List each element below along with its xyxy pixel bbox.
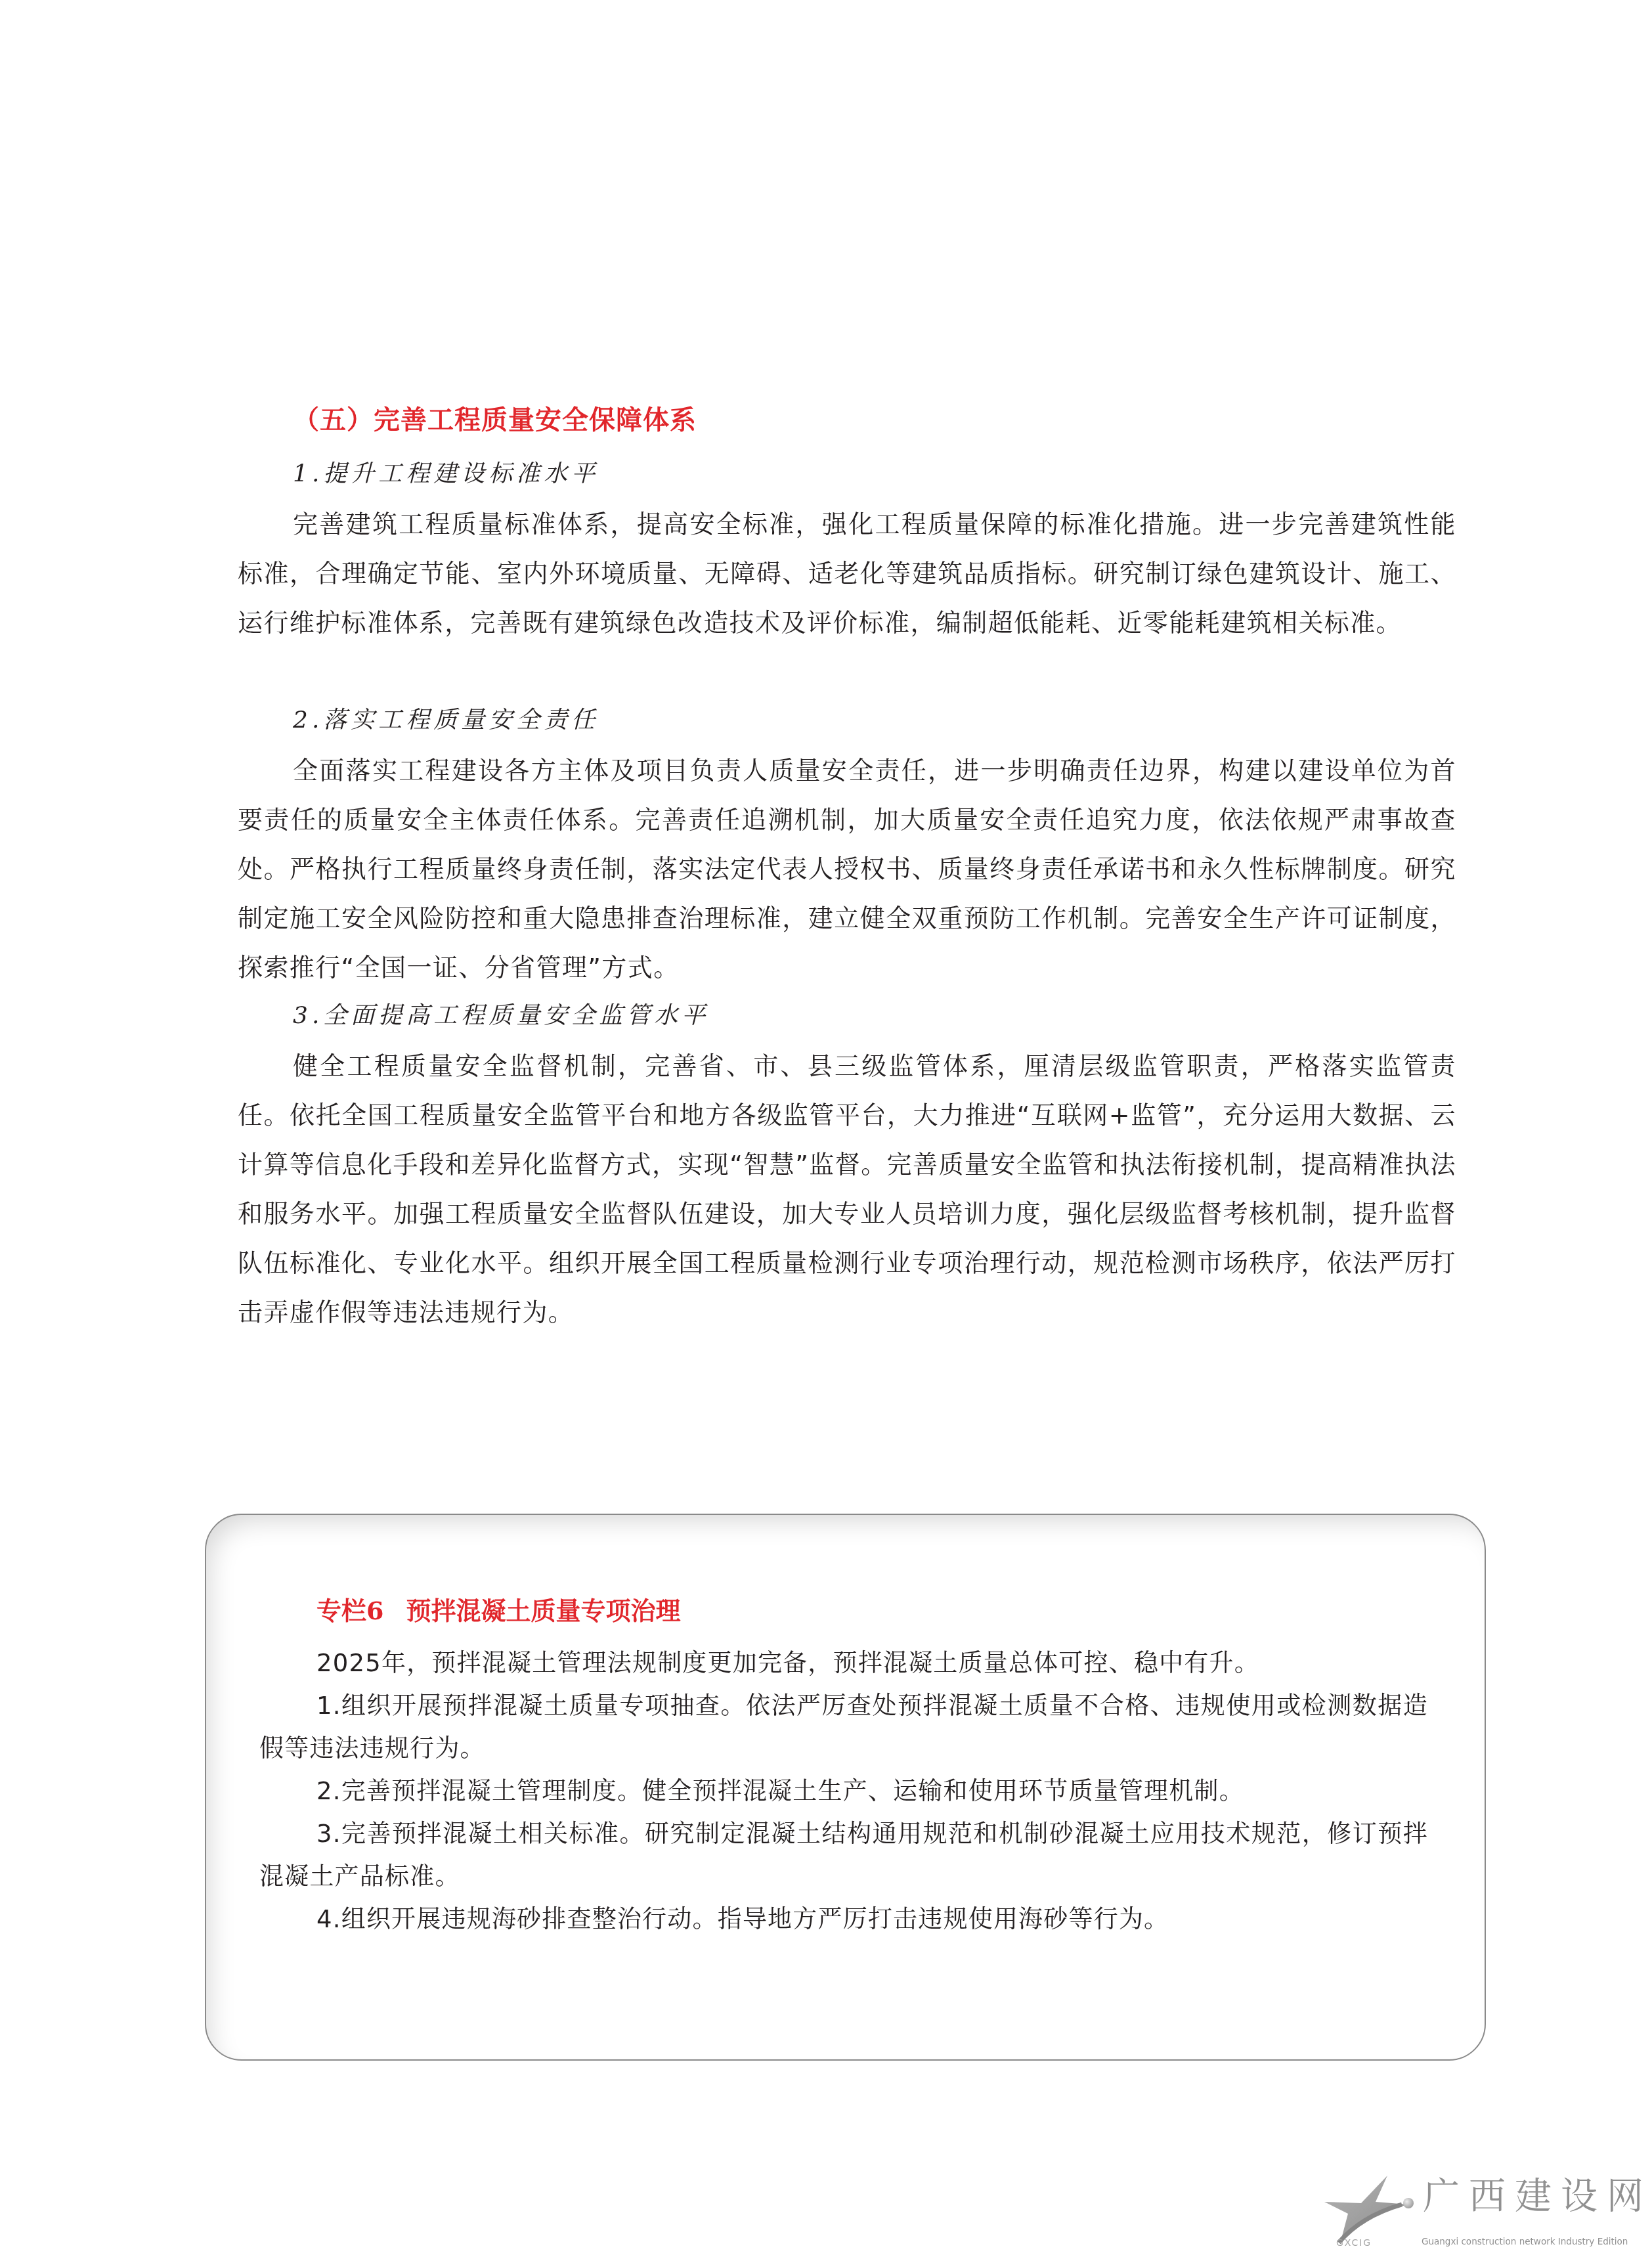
watermark-name-cn: 广西建设网 bbox=[1423, 2174, 1652, 2219]
column-box-paragraph: 1.组织开展预拌混凝土质量专项抽查。依法严厉查处预拌混凝土质量不合格、违规使用或… bbox=[259, 1684, 1428, 1770]
column-box-body: 2025年，预拌混凝土管理法规制度更加完备，预拌混凝土质量总体可控、稳中有升。 … bbox=[259, 1642, 1428, 1940]
column-box-paragraph: 3.完善预拌混凝土相关标准。研究制定混凝土结构通用规范和机制砂混凝土应用技术规范… bbox=[259, 1812, 1428, 1898]
document-page: （五）完善工程质量安全保障体系 1.提升工程建设标准水平 完善建筑工程质量标准体… bbox=[0, 0, 1652, 2257]
subsection-paragraph-1: 完善建筑工程质量标准体系，提高安全标准，强化工程质量保障的标准化措施。进一步完善… bbox=[238, 500, 1456, 647]
subsection-paragraph-3: 健全工程质量安全监督机制，完善省、市、县三级监管体系，厘清层级监管职责，严格落实… bbox=[238, 1041, 1456, 1337]
watermark-logo: GXCIG 广西建设网 Guangxi construction network… bbox=[1310, 2170, 1645, 2252]
star-icon: GXCIG bbox=[1310, 2170, 1415, 2249]
watermark-name-en: Guangxi construction network Industry Ed… bbox=[1422, 2236, 1628, 2248]
subsection-heading-3: 3.全面提高工程质量安全监管水平 bbox=[293, 999, 709, 1033]
column-box-paragraph: 2025年，预拌混凝土管理法规制度更加完备，预拌混凝土质量总体可控、稳中有升。 bbox=[259, 1642, 1428, 1684]
column-box-paragraph: 2.完善预拌混凝土管理制度。健全预拌混凝土生产、运输和使用环节质量管理机制。 bbox=[259, 1770, 1428, 1812]
column-box-title: 专栏6预拌混凝土质量专项治理 bbox=[316, 1592, 680, 1629]
section-title: （五）完善工程质量安全保障体系 bbox=[293, 402, 697, 439]
svg-text:GXCIG: GXCIG bbox=[1336, 2238, 1372, 2248]
subsection-heading-1: 1.提升工程建设标准水平 bbox=[293, 457, 599, 491]
column-box-heading: 预拌混凝土质量专项治理 bbox=[406, 1596, 680, 1625]
subsection-heading-2: 2.落实工程质量安全责任 bbox=[293, 703, 599, 737]
column-box-label: 专栏6 bbox=[316, 1596, 383, 1625]
subsection-paragraph-2: 全面落实工程建设各方主体及项目负责人质量安全责任，进一步明确责任边界，构建以建设… bbox=[238, 746, 1456, 992]
column-box-paragraph: 4.组织开展违规海砂排查整治行动。指导地方严厉打击违规使用海砂等行为。 bbox=[259, 1898, 1428, 1940]
